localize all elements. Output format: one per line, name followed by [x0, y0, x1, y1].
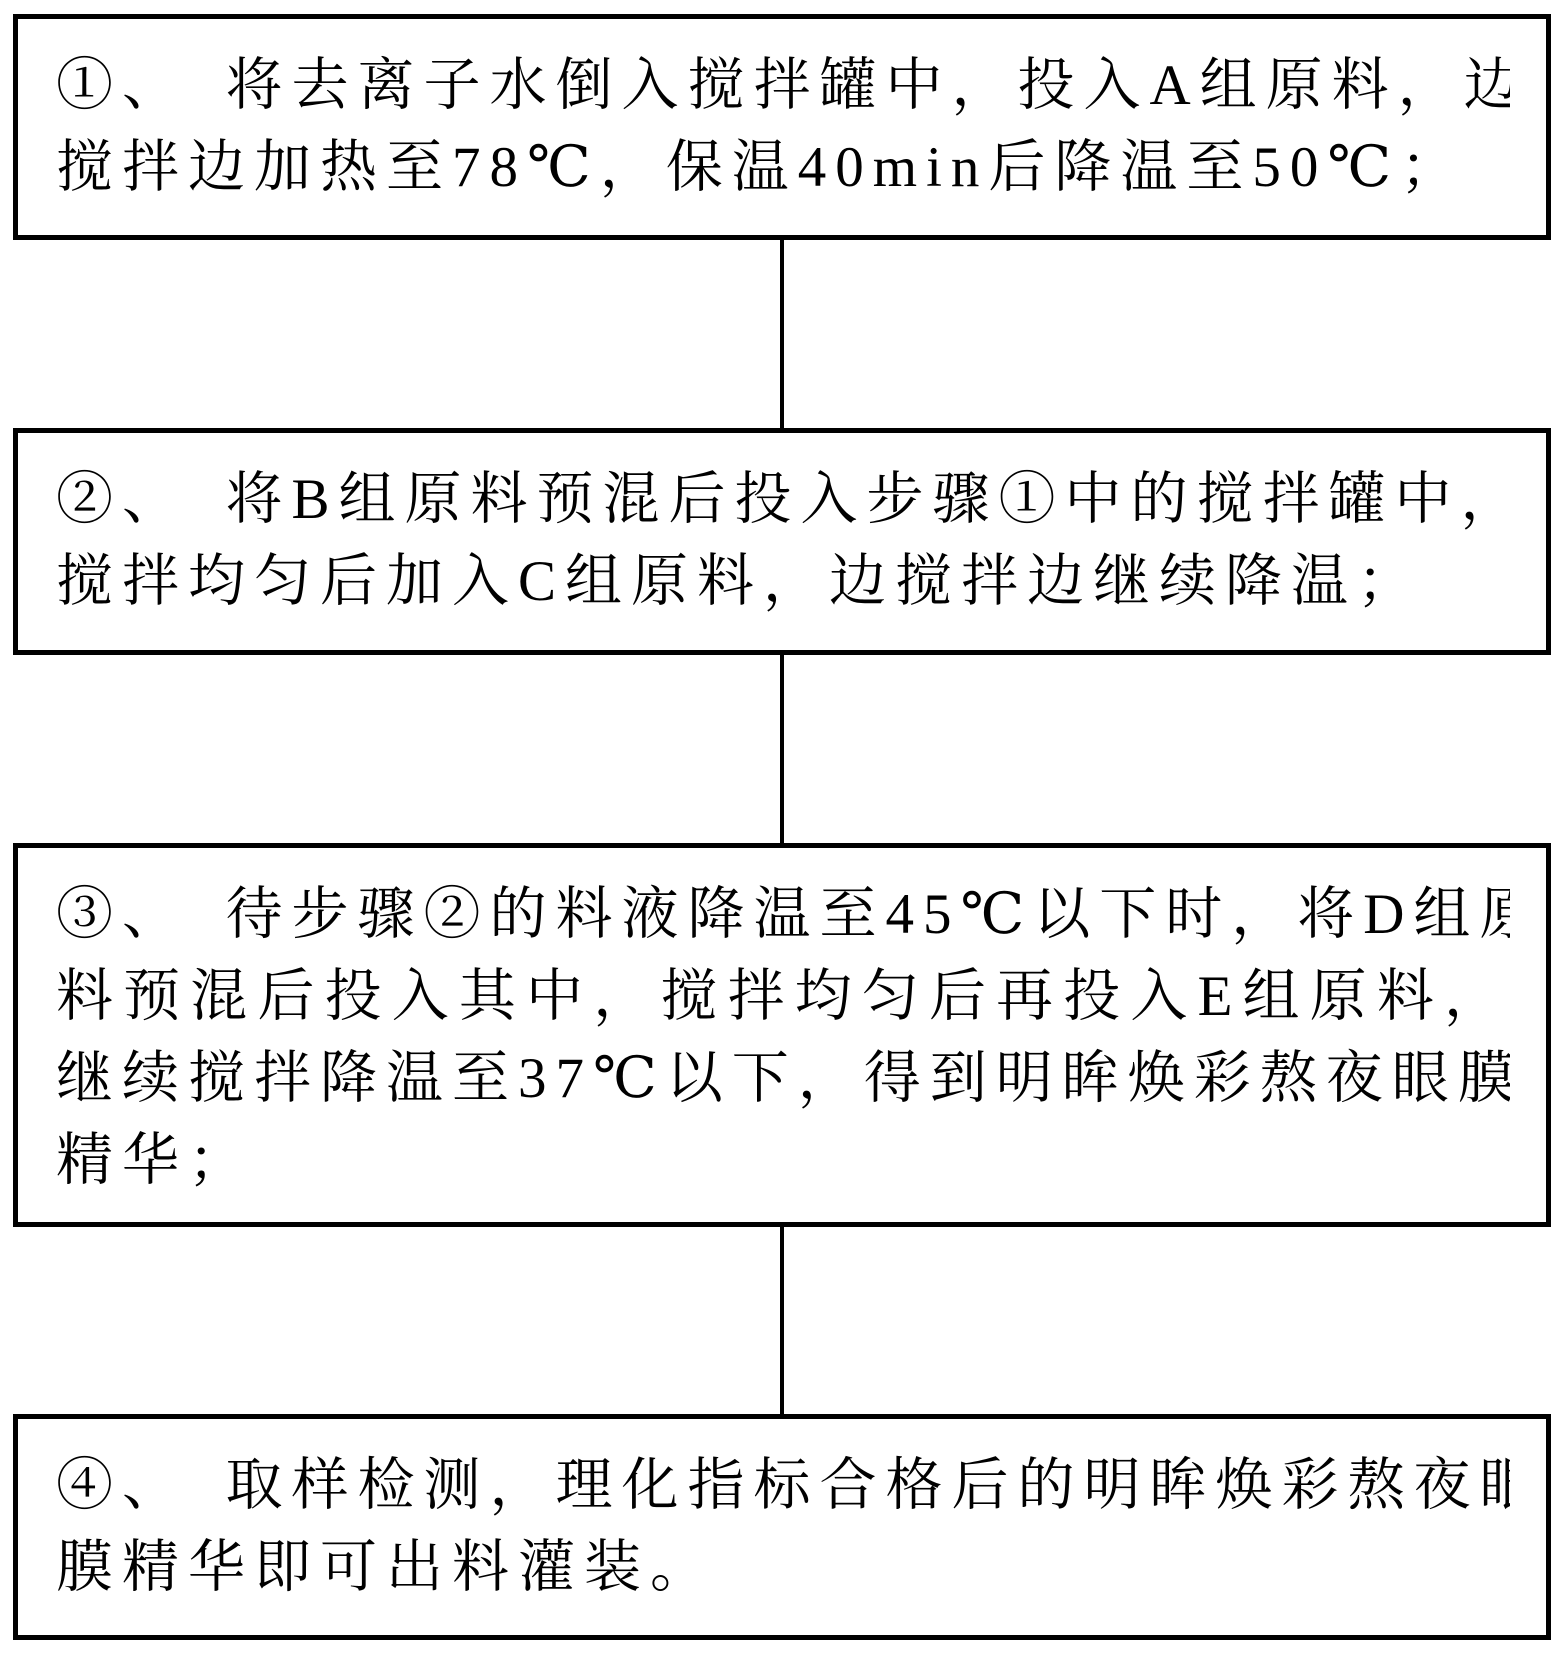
step-2-text-line-2: 搅拌均匀后加入C组原料，边搅拌边继续降温；	[56, 541, 1510, 623]
flowchart-diagram: ①、 将去离子水倒入搅拌罐中，投入A组原料，边 搅拌边加热至78℃，保温40mi…	[0, 0, 1566, 1656]
step-1-text-line-2: 搅拌边加热至78℃，保温40min后降温至50℃；	[56, 127, 1510, 209]
connector-step1-step2	[780, 240, 784, 428]
step-2-text-line-1: ②、 将B组原料预混后投入步骤①中的搅拌罐中，	[56, 459, 1510, 541]
step-3-text-line-3: 继续搅拌降温至37℃以下，得到明眸焕彩熬夜眼膜	[56, 1038, 1510, 1120]
connector-step3-step4	[780, 1227, 784, 1414]
step-4-box: ④、 取样检测，理化指标合格后的明眸焕彩熬夜眼 膜精华即可出料灌装。	[13, 1414, 1551, 1640]
step-4-text-line-1: ④、 取样检测，理化指标合格后的明眸焕彩熬夜眼	[56, 1445, 1510, 1527]
step-3-text-line-2: 料预混后投入其中，搅拌均匀后再投入E组原料，	[56, 956, 1510, 1038]
step-1-box: ①、 将去离子水倒入搅拌罐中，投入A组原料，边 搅拌边加热至78℃，保温40mi…	[13, 14, 1551, 240]
step-3-text-line-1: ③、 待步骤②的料液降温至45℃以下时，将D组原	[56, 874, 1510, 956]
step-1-text-line-1: ①、 将去离子水倒入搅拌罐中，投入A组原料，边	[56, 45, 1510, 127]
step-2-box: ②、 将B组原料预混后投入步骤①中的搅拌罐中， 搅拌均匀后加入C组原料，边搅拌边…	[13, 428, 1551, 655]
step-3-text-line-4: 精华；	[56, 1120, 1510, 1202]
step-3-box: ③、 待步骤②的料液降温至45℃以下时，将D组原 料预混后投入其中，搅拌均匀后再…	[13, 843, 1551, 1227]
step-4-text-line-2: 膜精华即可出料灌装。	[56, 1527, 1510, 1609]
connector-step2-step3	[780, 655, 784, 843]
